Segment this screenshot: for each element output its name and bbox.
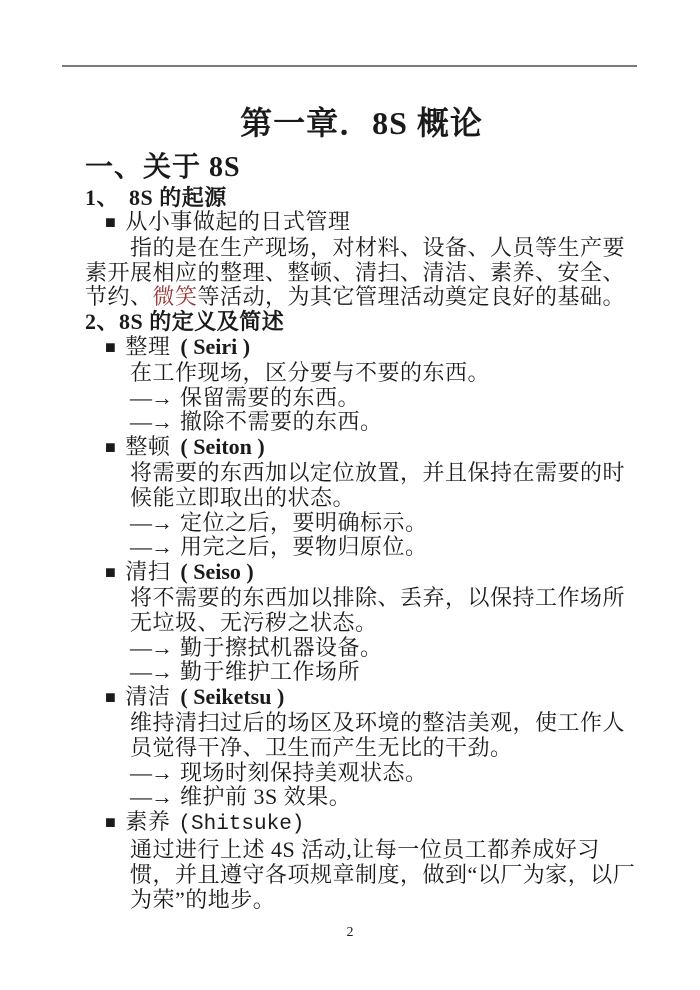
subsection-title: 8S 的定义及简述 (119, 309, 284, 334)
document-page: 第一章．8S 概论 一、关于 8S 1、8S 的起源 ■从小事做起的日式管理 指… (0, 0, 700, 990)
term-description: 在工作现场，区分要与不要的东西。 (85, 361, 638, 386)
arrow-icon: —→ (130, 386, 180, 411)
term-heading-seiso: ■清扫( Seiso ) (85, 560, 638, 586)
subsection-origin-heading: 1、8S 的起源 (85, 185, 638, 210)
chapter-title: 第一章．8S 概论 (85, 102, 638, 144)
document-content: 第一章．8S 概论 一、关于 8S 1、8S 的起源 ■从小事做起的日式管理 指… (85, 102, 638, 912)
origin-bullet-text: 从小事做起的日式管理 (125, 209, 350, 234)
subsection-number: 1、 (85, 185, 129, 210)
term-romaji: ( Seiton ) (180, 434, 264, 459)
arrow-point: —→现场时刻保持美观状态。 (85, 761, 638, 786)
square-bullet-icon: ■ (105, 812, 116, 832)
square-bullet-icon: ■ (105, 562, 116, 582)
arrow-point: —→定位之后，要明确标示。 (85, 511, 638, 536)
origin-bullet-line: ■从小事做起的日式管理 (85, 210, 638, 236)
term-heading-seiketsu: ■清洁( Seiketsu ) (85, 685, 638, 711)
paragraph-highlight-red: 微笑 (153, 284, 198, 309)
term-heading-seiton: ■整顿( Seiton ) (85, 435, 638, 461)
term-description: 通过进行上述 4S 活动,让每一位员工都养成好习惯，并且遵守各项规章制度，做到“… (85, 838, 638, 912)
paragraph-text-after: 等活动，为其它管理活动奠定良好的基础。 (198, 284, 626, 309)
arrow-point: —→保留需要的东西。 (85, 386, 638, 411)
arrow-text: 勤于擦拭机器设备。 (180, 635, 383, 660)
term-description: 将不需要的东西加以排除、丢弃，以保持工作场所无垃圾、无污秽之状态。 (85, 586, 638, 636)
origin-paragraph: 指的是在生产现场，对材料、设备、人员等生产要素开展相应的整理、整顿、清扫、清洁、… (85, 236, 638, 310)
page-number: 2 (0, 925, 700, 941)
arrow-text: 撤除不需要的东西。 (180, 409, 383, 434)
arrow-text: 维护前 3S 效果。 (180, 784, 351, 809)
subsection-title: 8S 的起源 (129, 185, 227, 210)
arrow-point: —→勤于擦拭机器设备。 (85, 636, 638, 661)
term-name: 清洁 (125, 684, 170, 709)
arrow-text: 保留需要的东西。 (180, 385, 360, 410)
arrow-point: —→维护前 3S 效果。 (85, 785, 638, 810)
term-heading-shitsuke: ■素养(Shitsuke) (85, 810, 638, 838)
arrow-text: 现场时刻保持美观状态。 (180, 760, 428, 785)
term-name: 整顿 (125, 434, 170, 459)
square-bullet-icon: ■ (105, 212, 116, 232)
arrow-icon: —→ (130, 761, 180, 786)
arrow-icon: —→ (130, 511, 180, 536)
arrow-text: 用完之后，要物归原位。 (180, 534, 428, 559)
arrow-icon: —→ (130, 535, 180, 560)
term-description: 将需要的东西加以定位放置，并且保持在需要的时候能立即取出的状态。 (85, 461, 638, 511)
arrow-icon: —→ (130, 636, 180, 661)
arrow-icon: —→ (130, 660, 180, 685)
term-heading-seiri: ■整理( Seiri ) (85, 335, 638, 361)
term-romaji: ( Seiso ) (180, 559, 253, 584)
section-heading: 一、关于 8S (85, 150, 638, 185)
arrow-point: —→撤除不需要的东西。 (85, 410, 638, 435)
arrow-text: 勤于维护工作场所 (180, 659, 360, 684)
term-name: 整理 (125, 334, 170, 359)
square-bullet-icon: ■ (105, 337, 116, 357)
square-bullet-icon: ■ (105, 437, 116, 457)
term-name: 素养 (125, 809, 170, 834)
arrow-text: 定位之后，要明确标示。 (180, 510, 428, 535)
arrow-point: —→用完之后，要物归原位。 (85, 535, 638, 560)
header-rule (62, 65, 637, 67)
arrow-icon: —→ (130, 785, 180, 810)
term-romaji: ( Seiketsu ) (180, 684, 284, 709)
term-description: 维持清扫过后的场区及环境的整洁美观，使工作人员觉得干净、卫生而产生无比的干劲。 (85, 711, 638, 761)
arrow-icon: —→ (130, 410, 180, 435)
term-romaji: ( Seiri ) (180, 334, 250, 359)
square-bullet-icon: ■ (105, 687, 116, 707)
term-name: 清扫 (125, 559, 170, 584)
term-romaji: (Shitsuke) (178, 813, 304, 836)
subsection-number: 2、 (85, 309, 119, 334)
subsection-definitions-heading: 2、8S 的定义及简述 (85, 310, 638, 335)
arrow-point: —→勤于维护工作场所 (85, 660, 638, 685)
